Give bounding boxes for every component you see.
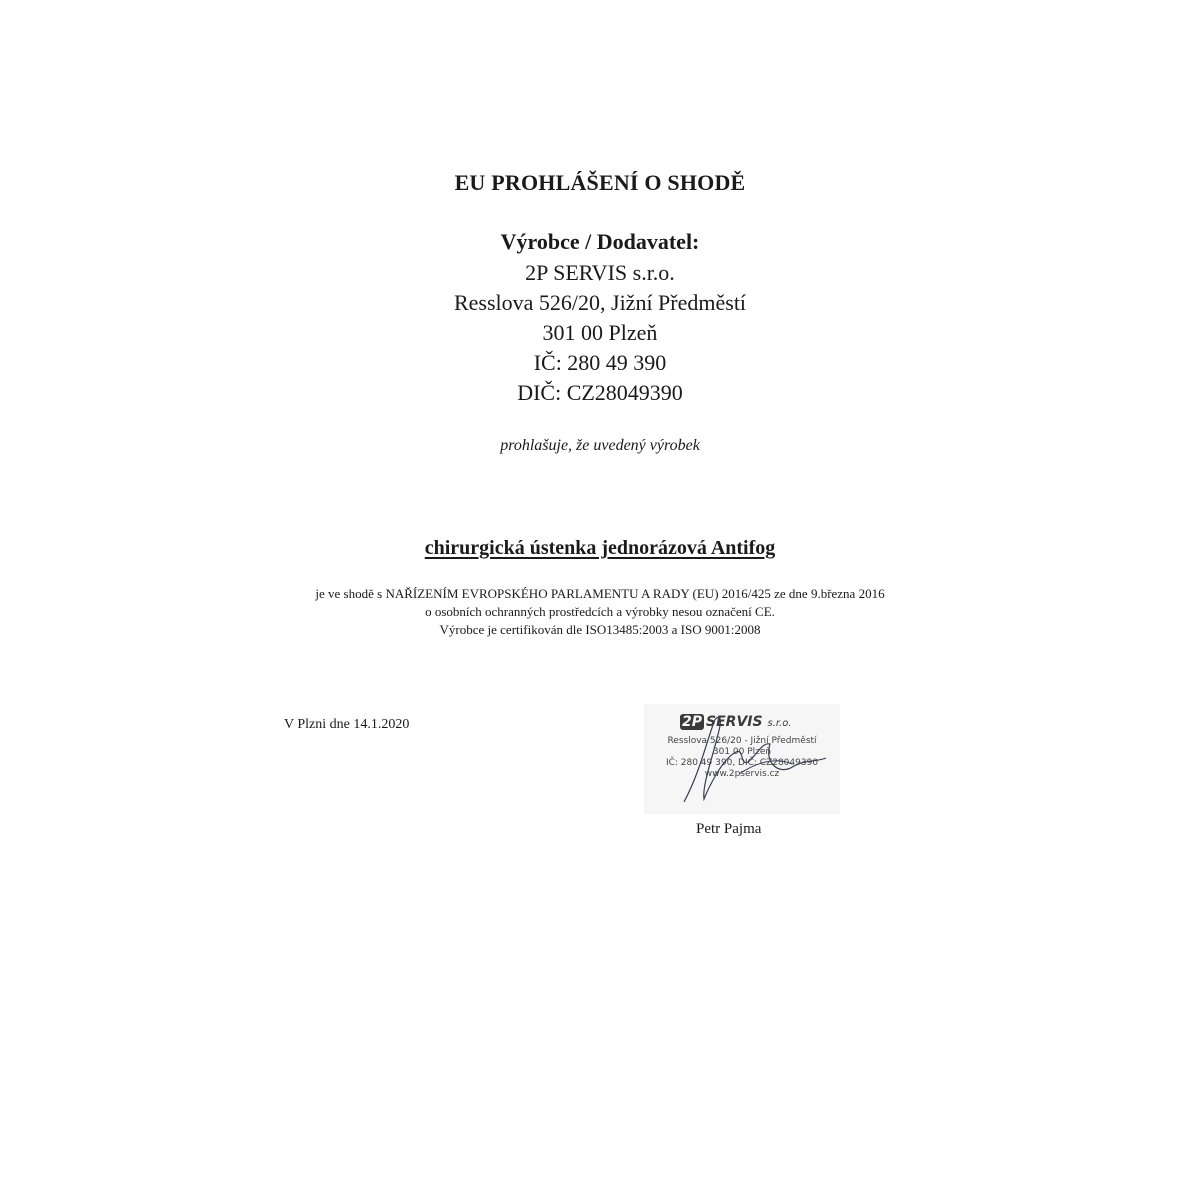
compliance-line: Výrobce je certifikován dle ISO13485:200… [0, 621, 1200, 639]
compliance-line: je ve shodě s NAŘÍZENÍM EVROPSKÉHO PARLA… [0, 585, 1200, 603]
product-name: chirurgická ústenka jednorázová Antifog [0, 537, 1200, 560]
compliance-line: o osobních ochranných prostředcích a výr… [0, 603, 1200, 621]
supplier-street: Resslova 526/20, Jižní Předměstí [0, 288, 1200, 318]
supplier-ico: IČ: 280 49 390 [0, 348, 1200, 378]
supplier-name: 2P SERVIS s.r.o. [0, 258, 1200, 288]
company-stamp: 2PSERVIS s.r.o. Resslova 526/20 - Jižní … [644, 704, 840, 814]
signer-name: Petr Pajma [696, 821, 761, 838]
place-date: V Plzni dne 14.1.2020 [284, 717, 409, 733]
supplier-city: 301 00 Plzeň [0, 318, 1200, 348]
declaration-text: prohlašuje, že uvedený výrobek [0, 437, 1200, 455]
signature-icon [644, 704, 840, 814]
supplier-dic: DIČ: CZ28049390 [0, 378, 1200, 408]
compliance-statement: je ve shodě s NAŘÍZENÍM EVROPSKÉHO PARLA… [0, 585, 1200, 639]
document-title: EU PROHLÁŠENÍ O SHODĚ [0, 170, 1200, 196]
supplier-label: Výrobce / Dodavatel: [0, 229, 1200, 255]
supplier-address: 2P SERVIS s.r.o. Resslova 526/20, Jižní … [0, 258, 1200, 408]
